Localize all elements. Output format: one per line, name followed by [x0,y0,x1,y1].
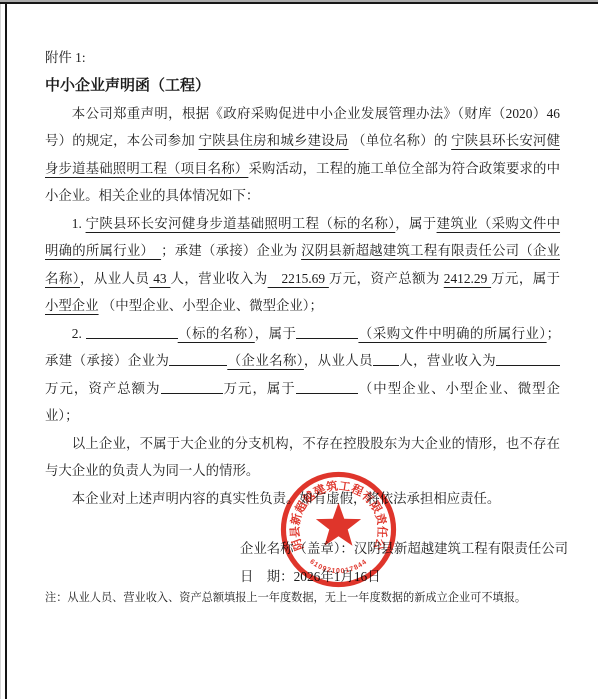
filled-in-value: 宁陕县住房和城乡建设局 [199,133,349,148]
date-label: 日 期： [240,569,294,584]
document-title: 中小企业声明函（工程） [45,72,560,100]
date-value: 2026年1月16日 [294,569,381,584]
static-text: 万元，资产总额为 [329,271,444,286]
blank-field [296,379,358,394]
branch-statement-paragraph: 以上企业，不属于大企业的分支机构，不存在控股股东为大企业的情形，也不存在与大企业… [45,430,560,485]
static-text: 人，营业收入为 [399,353,496,368]
blank-field [296,324,358,339]
blank-field [496,351,560,366]
static-text: 万元，属于 [223,381,296,396]
scan-edge-left-gray [0,0,1,699]
blank-field [86,324,178,339]
item2-paragraph: 2. （标的名称），属于（采购文件中明确的所属行业）；承建（承接）企业为（企业名… [45,320,560,430]
static-text: ，属于 [395,216,436,231]
footnote: 注：从业人员、营业收入、资产总额填报上一年度数据，无上一年度数据的新成立企业可不… [45,590,560,606]
static-text: 人，营业收入为 [170,271,267,286]
static-text: 2. [72,326,86,341]
static-text: （单位名称）的 [349,133,452,148]
signature-block: 企业名称（盖章）：汉阴县新超越建筑工程有限责任公司 日 期：2026年1月16日 [240,535,560,590]
company-seal-label: 企业名称（盖章）： [240,541,354,556]
filled-in-value: 43 [149,271,170,286]
filled-in-value: 2412.29 [444,271,491,286]
scan-border-top [0,2,598,4]
item1-paragraph: 1. 宁陕县环长安河健身步道基础照明工程（标的名称），属于建筑业（采购文件中明确… [45,210,560,320]
static-text: 1. [72,216,86,231]
intro-paragraph: 本公司郑重声明，根据《政府采购促进中小企业发展管理办法》（财库（2020）46 … [45,100,560,210]
blank-field [373,351,399,366]
filled-in-value: （标的名称） [178,326,255,341]
company-name-value: 汉阴县新超越建筑工程有限责任公司 [354,541,568,556]
scan-border-left [5,2,7,699]
company-signature-line: 企业名称（盖章）：汉阴县新超越建筑工程有限责任公司 [240,535,560,563]
filled-in-value: 宁陕县环长安河健身步道基础照明工程（标的名称） [86,216,396,231]
filled-in-value: 2215.69 [268,271,329,286]
responsibility-paragraph: 本企业对上述声明内容的真实性负责。如有虚假，将依法承担相应责任。 [45,485,560,513]
document-page: 附件 1: 中小企业声明函（工程） 本公司郑重声明，根据《政府采购促进中小企业发… [45,44,560,606]
static-text: ，从业人员 [304,353,373,368]
filled-in-value: 小型企业 [45,298,99,313]
attachment-label: 附件 1: [45,44,560,72]
filled-in-value: （采购文件中明确的所属行业） [358,326,546,341]
static-text: 万元，资产总额为 [45,381,161,396]
scanned-document: { "colors": { "seal_red": "#dd2318", "te… [0,0,598,699]
static-text: ；承建（承接）企业为 [161,243,301,258]
date-line: 日 期：2026年1月16日 [240,563,560,591]
filled-in-value: （企业名称） [227,353,304,368]
static-text: （中型企业、小型企业、微型企业）； [99,298,323,313]
static-text: 万元，属于 [491,271,560,286]
blank-field [161,379,223,394]
blank-field [169,351,227,366]
static-text: ，属于 [255,326,297,341]
static-text: ，从业人员 [80,271,149,286]
